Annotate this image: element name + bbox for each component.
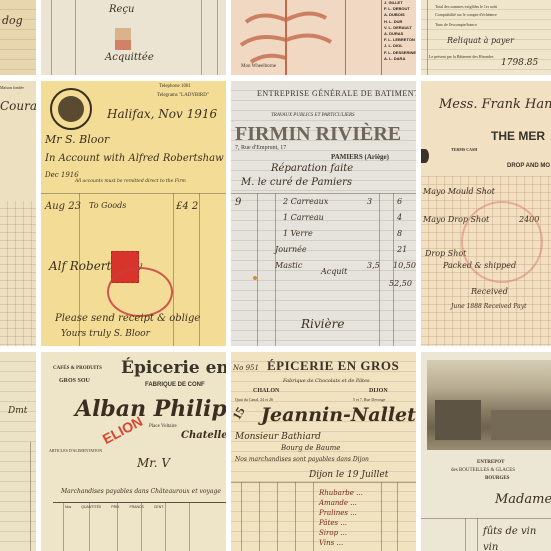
heading: Courant — [0, 99, 36, 113]
document-tile-r3c2: CAFÉS & PRODUITS GROS SOU Épicerie en FA… — [41, 352, 226, 551]
handwriting: Reliquat à payer — [447, 36, 514, 45]
text-line: Taux de l'escompte/franco — [435, 22, 477, 27]
handwriting: Dmt — [8, 406, 27, 416]
date-line: Dec 1916 — [45, 171, 79, 179]
document-tile-r2c1: Courant Maison fondée — [0, 81, 36, 346]
handwritten-line-1: Réparation faite — [271, 163, 353, 174]
company-line: In Account with Alfred Robertshaw & Comp… — [45, 153, 226, 164]
received: Received — [471, 287, 508, 296]
line-items: 92 Carreaux36 1 Carreau4 1 Verre8 Journé… — [235, 197, 415, 277]
row-1: fûts de vin — [483, 526, 536, 537]
company-header: ENTREPRISE GÉNÉRALE DE BATIMENTS — [257, 89, 416, 98]
document-tile-r1c4: Total des sommes exigibles le 1er août C… — [421, 0, 551, 75]
telegrams: Telegrams "LADYBIRD" — [157, 93, 209, 98]
recipient-town: Bourg de Baume — [281, 444, 340, 452]
entry-description: To Goods — [89, 201, 126, 210]
row-1: Mayo Mould Shot — [423, 187, 495, 196]
store-subtitle: Fabrique de Chocolats et de Pâtes — [283, 378, 370, 384]
recipient: Mr S. Bloor — [45, 133, 109, 146]
firm-header: ENTREPOT — [477, 460, 505, 465]
firm-city: BOURGES — [485, 476, 509, 481]
company-name: FIRMIN RIVIÈRE — [235, 123, 401, 146]
document-tile-r3c1: Dmt — [0, 352, 36, 551]
merchant-name: Jeannin-Nallet — [261, 404, 416, 426]
terms: All accounts must be remitted direct to … — [75, 179, 186, 184]
document-tile-r1c3: J. GILLETF. L. DEBOUTA. DUBOISH. L. DURV… — [231, 0, 416, 75]
company-seal-icon — [49, 87, 93, 131]
building-right — [491, 410, 551, 440]
salutation: Mess. Frank Hann — [439, 97, 551, 112]
document-tile-r2c3: ENTREPRISE GÉNÉRALE DE BATIMENTS TRAVAUX… — [231, 81, 416, 346]
document-tile-r3c3: No 951 ÉPICERIE EN GROS Fabrique de Choc… — [231, 352, 416, 551]
postmark-oval — [107, 267, 173, 317]
firm-subheader: des BOUTEILLES & GLACES — [451, 468, 515, 473]
invoice-date: Dijon le 19 Juillet — [309, 470, 388, 480]
entry-date: Aug 23 — [45, 201, 81, 212]
company-subheader: TRAVAUX PUBLICS ET PARTICULIERS — [271, 113, 355, 118]
invoice-number: No 951 — [233, 364, 259, 372]
building-left — [435, 400, 481, 440]
left-header-1: CAFÉS & PRODUITS — [53, 366, 102, 371]
note-line-2: Yours truly S. Bloor — [61, 329, 150, 339]
signature: Rivière — [301, 317, 344, 331]
decorative-mark — [421, 149, 429, 163]
caption: Mon Wheelborne — [241, 64, 276, 69]
handwriting: Acquittée — [105, 52, 154, 63]
document-tile-r1c2: Reçu Acquittée — [41, 0, 226, 75]
city: Chatellerault — [181, 430, 226, 441]
terms: TERMS CASH — [451, 147, 477, 152]
place-date: Halifax, Nov 1916 — [107, 107, 217, 121]
acquit-note: Acquit — [321, 267, 347, 276]
address: 7, Rue d'Emprunt, 17 — [235, 145, 286, 151]
city: PAMIERS (Ariège) — [331, 153, 389, 161]
folio-number: 15 — [231, 405, 248, 423]
recipient: Monsieur Bathiard — [235, 432, 321, 442]
handwriting: dog — [2, 14, 23, 27]
telephone: Telephone 1081 — [159, 84, 191, 89]
subtitle: DROP AND MO — [507, 163, 550, 169]
text-line: Le présent par la Bâtiment des Hirondes — [429, 54, 493, 59]
city-right: DIJON — [369, 388, 388, 394]
item-list: Rhubarbe ...Amande ...Pralines ...Pâtes … — [319, 488, 363, 548]
row-3: Drop Shot — [425, 249, 466, 258]
amount: 1798.85 — [501, 58, 538, 68]
payable-line: Nos marchandises sont payables dans Dijo… — [235, 456, 369, 463]
store-subtitle: FABRIQUE DE CONF — [145, 382, 205, 388]
document-tile-r2c4: Mess. Frank Hann THE MER TERMS CASH DROP… — [421, 81, 551, 346]
note-line-1: Please send receipt & oblige — [55, 313, 200, 324]
address-left: Quai du Canal, 24 et 26 — [235, 397, 273, 402]
document-tile-r1c1: dog — [0, 0, 36, 75]
name-list: J. GILLETF. L. DEBOUTA. DUBOISH. L. DURV… — [384, 0, 416, 75]
merchant-name: Alban Philippe — [75, 396, 226, 422]
text-line: Comptabilité sur le compte d'échéance — [435, 12, 497, 17]
handwritten-line-2: M. le curé de Pamiers — [241, 177, 352, 188]
row-3: vin — [483, 542, 498, 551]
document-tile-r2c2: Telephone 1081 Telegrams "LADYBIRD" Hali… — [41, 81, 226, 346]
revenue-stamp — [115, 28, 131, 50]
salutation: Madame — [495, 492, 551, 507]
articles-line: ARTICLES D'ALIMENTATION — [49, 448, 102, 453]
total: 52,50 — [389, 279, 412, 288]
payable-line: Marchandises payables dans Châteauroux e… — [61, 488, 221, 495]
company-name: THE MER — [491, 129, 545, 143]
item-table: NosQUANTITÉSPRIXFRANCSCENT. — [53, 502, 226, 551]
amount: £4 2 — [176, 201, 198, 212]
store-title: ÉPICERIE EN GROS — [267, 358, 399, 374]
footer-note: June 1888 Received Payt — [451, 303, 527, 310]
recipient: Mr. V — [137, 456, 170, 470]
handwriting: Reçu — [109, 4, 135, 15]
document-tile-r3c4: ENTREPOT des BOUTEILLES & GLACES BOURGES… — [421, 352, 551, 551]
text-line: Maison fondée — [0, 85, 24, 90]
text-line: Total des sommes exigibles le 1er août — [435, 4, 497, 9]
left-header-2: GROS SOU — [59, 378, 90, 384]
circular-stamp — [461, 201, 543, 283]
city-left: CHALON — [253, 388, 279, 394]
ink-spot — [253, 276, 257, 280]
address: Place Voltaire — [149, 424, 177, 429]
store-title: Épicerie en — [121, 358, 226, 378]
address-right: 5 et 7, Rue Devosge — [353, 397, 385, 402]
